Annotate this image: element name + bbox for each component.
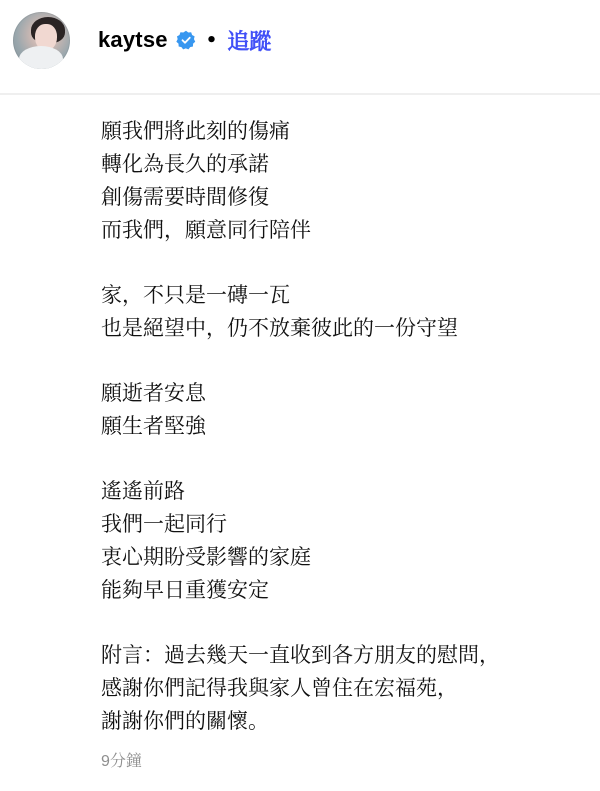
- post-header: kaytse • 追蹤: [0, 0, 600, 93]
- avatar-arm-shape: [19, 46, 63, 69]
- caption-line: 感謝你們記得我與家人曾住在宏福苑，: [101, 672, 591, 705]
- follow-button[interactable]: 追蹤: [227, 25, 271, 56]
- separator-dot: •: [206, 30, 218, 51]
- stanza-gap: [101, 345, 591, 377]
- post-timestamp[interactable]: 9分鐘: [101, 748, 142, 771]
- username-link[interactable]: kaytse: [98, 27, 168, 53]
- caption-line: 我們一起同行: [101, 508, 591, 541]
- caption-line: 謝謝你們的關懷。: [101, 705, 591, 738]
- caption-line: 而我們，願意同行陪伴: [101, 214, 591, 247]
- verified-badge-icon: [176, 30, 196, 50]
- caption-line: 願逝者安息: [101, 377, 591, 410]
- post-caption: 願我們將此刻的傷痛 轉化為長久的承諾 創傷需要時間修復 而我們，願意同行陪伴 家…: [101, 115, 591, 738]
- caption-line: 轉化為長久的承諾: [101, 148, 591, 181]
- caption-line: 創傷需要時間修復: [101, 181, 591, 214]
- header-divider: [0, 93, 600, 95]
- caption-line: 遙遙前路: [101, 475, 591, 508]
- user-line: kaytse • 追蹤: [98, 22, 271, 58]
- caption-line: 家，不只是一磚一瓦: [101, 279, 591, 312]
- stanza-gap: [101, 443, 591, 475]
- stanza-gap: [101, 247, 591, 279]
- caption-line: 衷心期盼受影響的家庭: [101, 541, 591, 574]
- stanza-gap: [101, 607, 591, 639]
- caption-line: 也是絕望中，仍不放棄彼此的一份守望: [101, 312, 591, 345]
- caption-line: 願我們將此刻的傷痛: [101, 115, 591, 148]
- avatar[interactable]: [13, 12, 70, 69]
- caption-line: 願生者堅強: [101, 410, 591, 443]
- caption-line: 能夠早日重獲安定: [101, 574, 591, 607]
- caption-line: 附言：過去幾天一直收到各方朋友的慰問，: [101, 639, 591, 672]
